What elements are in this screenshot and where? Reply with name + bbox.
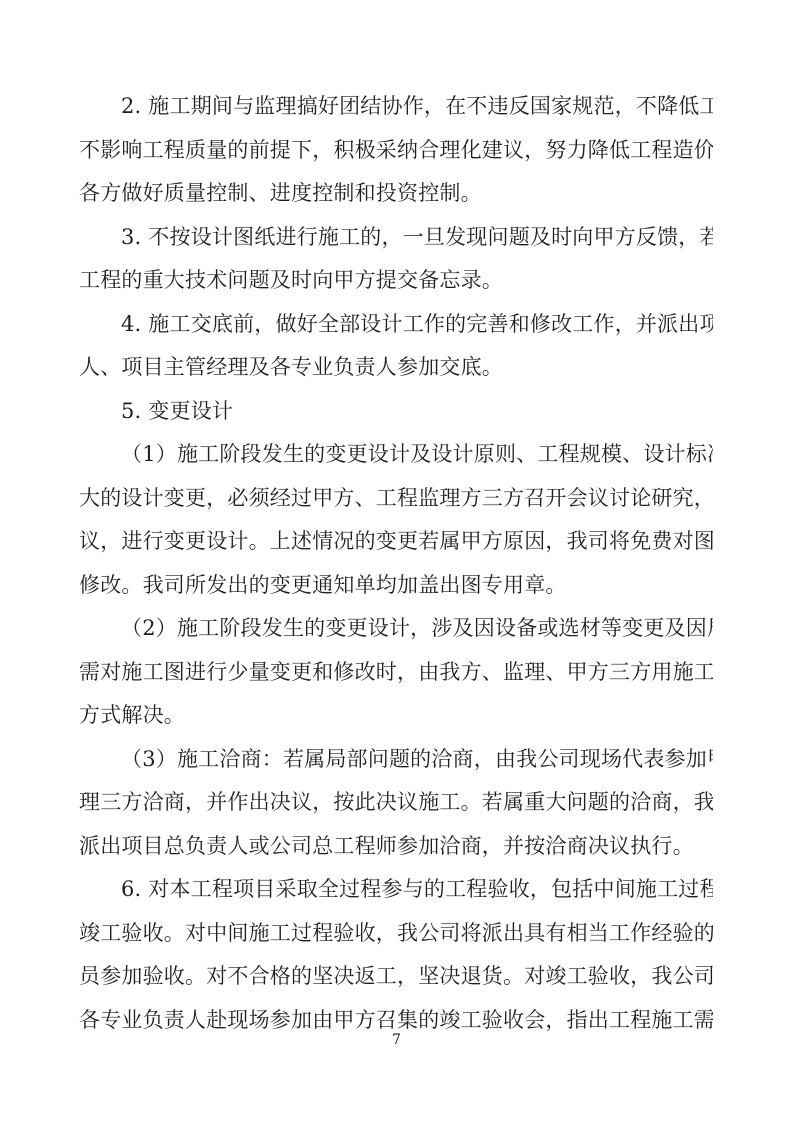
text-line: 修改。我司所发出的变更通知单均加盖出图专用章。	[79, 564, 713, 608]
text-line: 大的设计变更，必须经过甲方、工程监理方三方召开会议讨论研究，作出决	[79, 477, 713, 521]
text-line: （3）施工洽商：若属局部问题的洽商，由我公司现场代表参加甲方、监	[79, 738, 713, 782]
text-line: 议，进行变更设计。上述情况的变更若属甲方原因，我司将免费对图纸进行	[79, 520, 713, 564]
text-line: 工程的重大技术问题及时向甲方提交备忘录。	[79, 259, 713, 303]
text-line: 6. 对本工程项目采取全过程参与的工程验收，包括中间施工过程验收、	[79, 868, 713, 912]
text-line: 方式解决。	[79, 694, 713, 738]
text-line: 2. 施工期间与监理搞好团结协作，在不违反国家规范，不降低工程标准，	[79, 85, 713, 129]
text-line: 3. 不按设计图纸进行施工的，一旦发现问题及时向甲方反馈，若遇影响	[79, 216, 713, 260]
text-line: 竣工验收。对中间施工过程验收，我公司将派出具有相当工作经验的专业人	[79, 912, 713, 956]
text-line: （2）施工阶段发生的变更设计，涉及因设备或选材等变更及因局部问题	[79, 607, 713, 651]
document-body: 2. 施工期间与监理搞好团结协作，在不违反国家规范，不降低工程标准，不影响工程质…	[79, 85, 713, 1042]
page-number: 7	[0, 1029, 793, 1051]
text-line: 人、项目主管经理及各专业负责人参加交底。	[79, 346, 713, 390]
text-line: （1）施工阶段发生的变更设计及设计原则、工程规模、设计标准等较重	[79, 433, 713, 477]
text-line: 各方做好质量控制、进度控制和投资控制。	[79, 172, 713, 216]
text-line: 员参加验收。对不合格的坚决返工，坚决退货。对竣工验收，我公司将派出	[79, 955, 713, 999]
text-line: 派出项目总负责人或公司总工程师参加洽商，并按洽商决议执行。	[79, 825, 713, 869]
document-page: 2. 施工期间与监理搞好团结协作，在不违反国家规范，不降低工程标准，不影响工程质…	[0, 0, 793, 1122]
text-line: 需对施工图进行少量变更和修改时，由我方、监理、甲方三方用施工洽商的	[79, 651, 713, 695]
text-line: 不影响工程质量的前提下，积极采纳合理化建议，努力降低工程造价，配合	[79, 129, 713, 173]
text-line: 4. 施工交底前，做好全部设计工作的完善和修改工作，并派出项目负责	[79, 303, 713, 347]
text-line: 理三方洽商，并作出决议，按此决议施工。若属重大问题的洽商，我公司则	[79, 781, 713, 825]
text-line: 5. 变更设计	[79, 390, 713, 434]
